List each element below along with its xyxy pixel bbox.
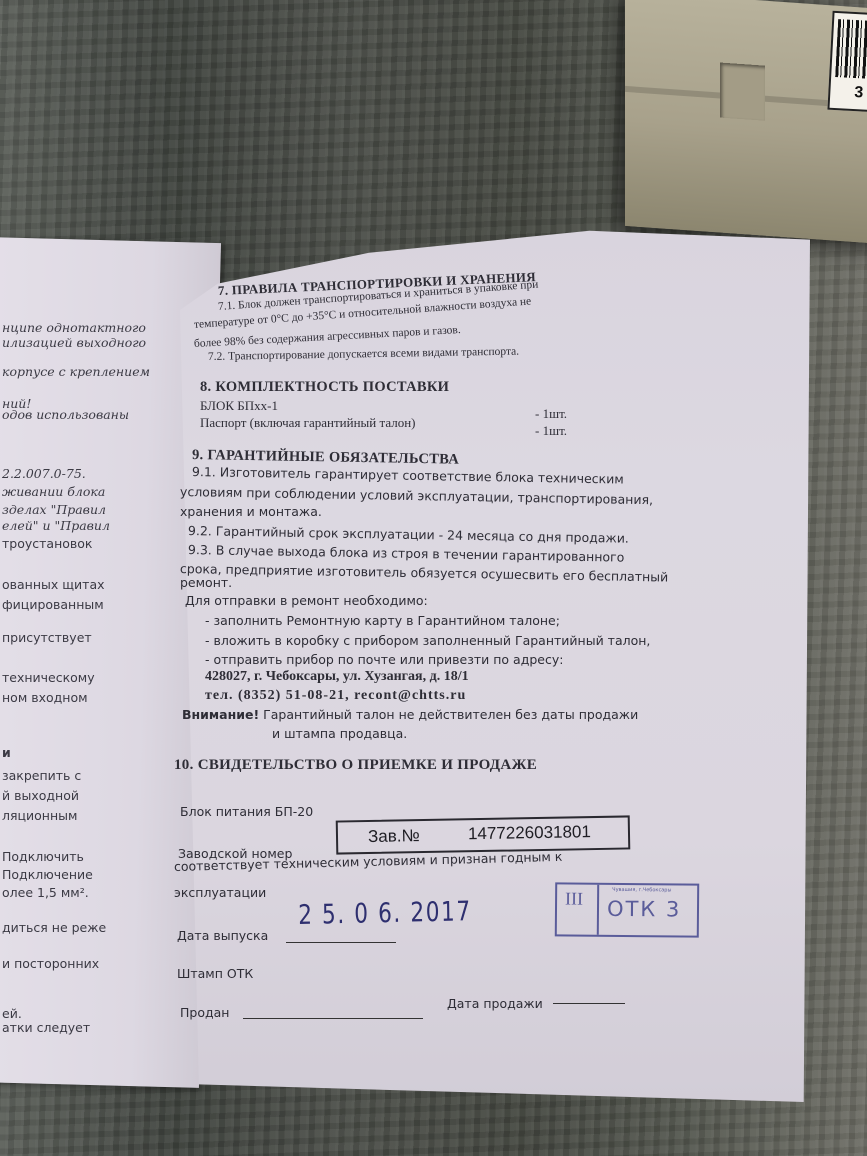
serial-number: 1477226031801 — [468, 822, 591, 844]
passport-content: 7. ПРАВИЛА ТРАНСПОРТИРОВКИ И ХРАНЕНИЯ 7.… — [0, 0, 867, 1156]
otk-stamp-divider — [597, 885, 599, 935]
otk-stamp-number: III — [565, 888, 583, 909]
repair-step: - вложить в коробку с прибором заполненн… — [205, 633, 650, 648]
section10-title: 10. СВИДЕТЕЛЬСТВО О ПРИЕМКЕ И ПРОДАЖЕ — [174, 757, 537, 774]
sale-date-label: Дата продажи — [447, 996, 543, 1011]
section9-p1-line3: хранения и монтажа. — [180, 504, 322, 519]
otk-stamp-label: ОТК 3 — [607, 897, 682, 922]
release-date: 2 5. 0 6. 2017 — [298, 896, 472, 931]
conformity-line2: эксплуатации — [174, 885, 266, 900]
sold-label: Продан — [180, 1005, 229, 1020]
service-contacts: тел. (8352) 51-08-21, recont@chtts.ru — [205, 688, 466, 704]
release-date-line — [286, 942, 396, 943]
otk-stamp: III Чувашия, г.Чебоксары ОТК 3 — [555, 882, 699, 937]
section9-p1-line1: 9.1. Изготовитель гарантирует соответств… — [192, 464, 624, 487]
warning-text-2: и штампа продавца. — [272, 726, 407, 741]
sold-line — [243, 1018, 423, 1019]
warning-text: Гарантийный талон не действителен без да… — [259, 707, 638, 722]
service-address: 428027, г. Чебоксары, ул. Хузангая, д. 1… — [205, 669, 469, 685]
repair-step: - отправить прибор по почте или привезти… — [205, 652, 563, 667]
product-name: Блок питания БП-20 — [180, 804, 313, 819]
section9-p3-line1: 9.3. В случае выхода блока из строя в те… — [188, 542, 625, 565]
warning-label: Внимание! — [182, 707, 259, 722]
kit-item-name: Паспорт (включая гарантийный талон) — [200, 415, 416, 431]
kit-item-qty: - 1шт. — [535, 406, 567, 422]
kit-item-name: БЛОК БПхх-1 — [200, 398, 278, 414]
otk-stamp-label-text: Штамп ОТК — [177, 966, 253, 981]
section7-p2: 7.2. Транспортирование допускается всеми… — [208, 346, 519, 363]
section8-title: 8. КОМПЛЕКТНОСТЬ ПОСТАВКИ — [200, 379, 449, 396]
repair-intro: Для отправки в ремонт необходимо: — [185, 593, 428, 608]
sale-date-line — [553, 1003, 625, 1004]
serial-number-stamp: Зав.№ 1477226031801 — [336, 815, 631, 854]
section9-p3-line3: ремонт. — [180, 575, 232, 590]
otk-stamp-small-text: Чувашия, г.Чебоксары — [612, 887, 671, 894]
serial-stamp-label: Зав.№ — [368, 826, 420, 847]
section9-p3-line2: срока, предприятие изготовитель обязуетс… — [180, 561, 668, 585]
kit-item-qty: - 1шт. — [535, 423, 567, 439]
warning-line: Внимание! Гарантийный талон не действите… — [182, 707, 638, 722]
repair-step: - заполнить Ремонтную карту в Гарантийно… — [205, 613, 560, 628]
release-date-label: Дата выпуска — [177, 928, 268, 943]
